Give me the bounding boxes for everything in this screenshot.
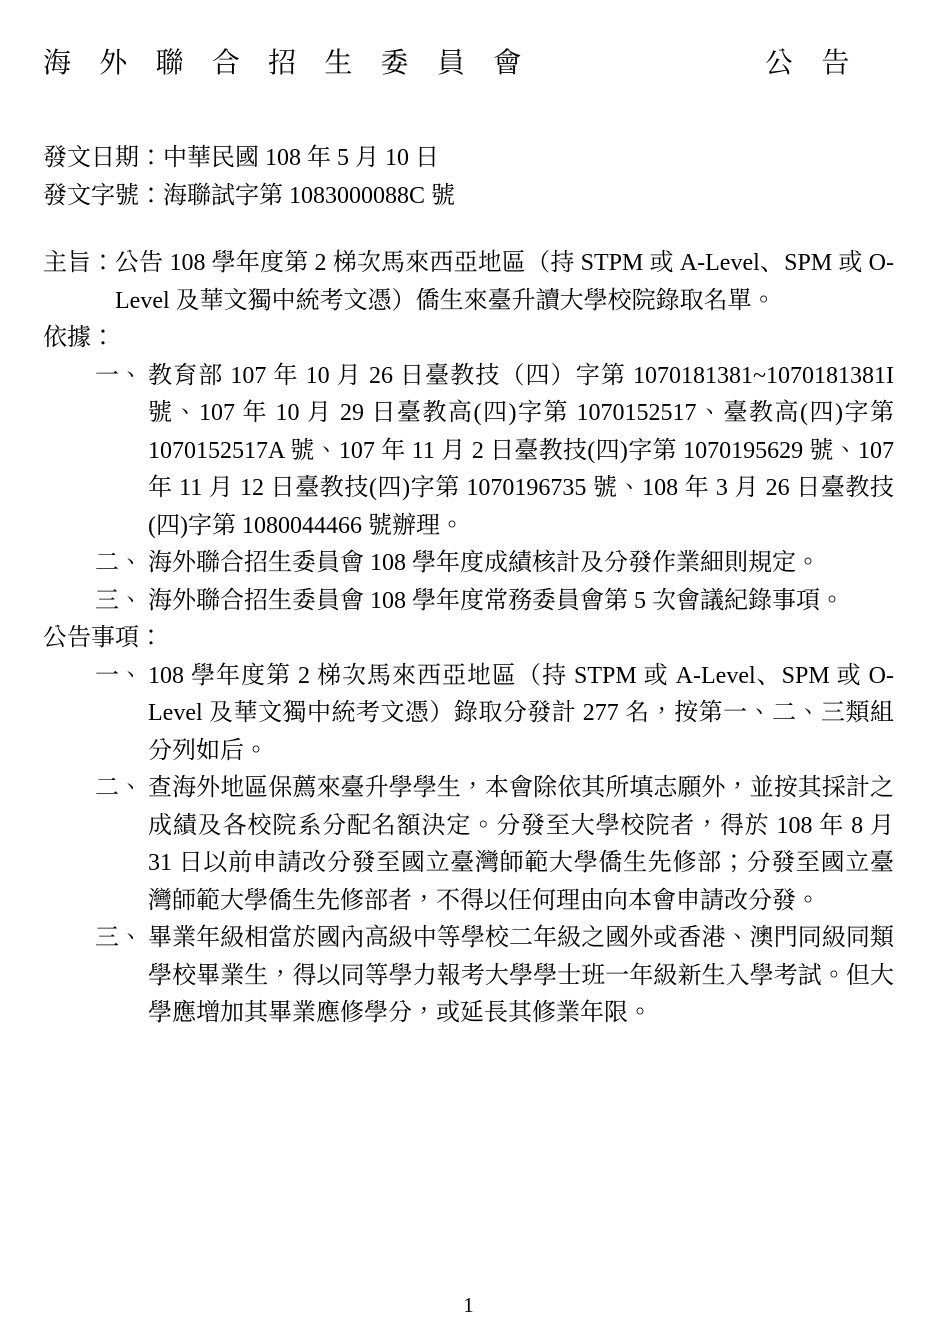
subject-text: 公告 108 學年度第 2 梯次馬來西亞地區（持 STPM 或 A-Level、…	[115, 245, 894, 320]
item-number: 一、	[95, 358, 148, 396]
announcement-item: 三、 畢業年級相當於國內高級中等學校二年級之國外或香港、澳門同級同類學校畢業生，…	[95, 920, 894, 1033]
issue-date-line: 發文日期：中華民國 108 年 5 月 10 日	[43, 140, 894, 178]
document-body: 發文日期：中華民國 108 年 5 月 10 日 發文字號：海聯試字第 1083…	[43, 140, 894, 1033]
item-number: 三、	[95, 920, 148, 958]
item-text: 查海外地區保薦來臺升學學生，本會除依其所填志願外，並按其採計之成績及各校院系分配…	[148, 770, 894, 920]
item-text: 海外聯合招生委員會 108 學年度常務委員會第 5 次會議紀錄事項。	[148, 583, 894, 621]
issue-number-line: 發文字號：海聯試字第 1083000088C 號	[43, 178, 894, 216]
basis-list: 一、 教育部 107 年 10 月 26 日臺教技（四）字第 107018138…	[43, 358, 894, 621]
basis-section: 依據： 一、 教育部 107 年 10 月 26 日臺教技（四）字第 10701…	[43, 320, 894, 620]
subject-section: 主旨： 公告 108 學年度第 2 梯次馬來西亞地區（持 STPM 或 A-Le…	[43, 245, 894, 320]
item-text: 海外聯合招生委員會 108 學年度成績核計及分發作業細則規定。	[148, 545, 894, 583]
announcements-section: 公告事項： 一、 108 學年度第 2 梯次馬來西亞地區（持 STPM 或 A-…	[43, 620, 894, 1033]
basis-item: 三、 海外聯合招生委員會 108 學年度常務委員會第 5 次會議紀錄事項。	[95, 583, 894, 621]
org-name: 海 外 聯 合 招 生 委 員 會	[43, 44, 532, 84]
subject-label: 主旨：	[43, 245, 115, 283]
item-number: 二、	[95, 770, 148, 808]
announcement-item: 一、 108 學年度第 2 梯次馬來西亞地區（持 STPM 或 A-Level、…	[95, 658, 894, 771]
item-number: 一、	[95, 658, 148, 696]
document-title: 海 外 聯 合 招 生 委 員 會 公 告	[43, 44, 894, 84]
document-page: 海 外 聯 合 招 生 委 員 會 公 告 發文日期：中華民國 108 年 5 …	[0, 0, 937, 1343]
item-text: 教育部 107 年 10 月 26 日臺教技（四）字第 1070181381~1…	[148, 358, 894, 546]
item-text: 畢業年級相當於國內高級中等學校二年級之國外或香港、澳門同級同類學校畢業生，得以同…	[148, 920, 894, 1033]
announcements-list: 一、 108 學年度第 2 梯次馬來西亞地區（持 STPM 或 A-Level、…	[43, 658, 894, 1033]
announcement-item: 二、 查海外地區保薦來臺升學學生，本會除依其所填志願外，並按其採計之成績及各校院…	[95, 770, 894, 920]
announcements-label: 公告事項：	[43, 620, 894, 658]
basis-item: 二、 海外聯合招生委員會 108 學年度成績核計及分發作業細則規定。	[95, 545, 894, 583]
item-number: 三、	[95, 583, 148, 621]
item-text: 108 學年度第 2 梯次馬來西亞地區（持 STPM 或 A-Level、SPM…	[148, 658, 894, 771]
basis-item: 一、 教育部 107 年 10 月 26 日臺教技（四）字第 107018138…	[95, 358, 894, 546]
item-number: 二、	[95, 545, 148, 583]
doc-type-label: 公 告	[765, 44, 860, 84]
basis-label: 依據：	[43, 320, 894, 358]
page-number: 1	[0, 1293, 937, 1317]
